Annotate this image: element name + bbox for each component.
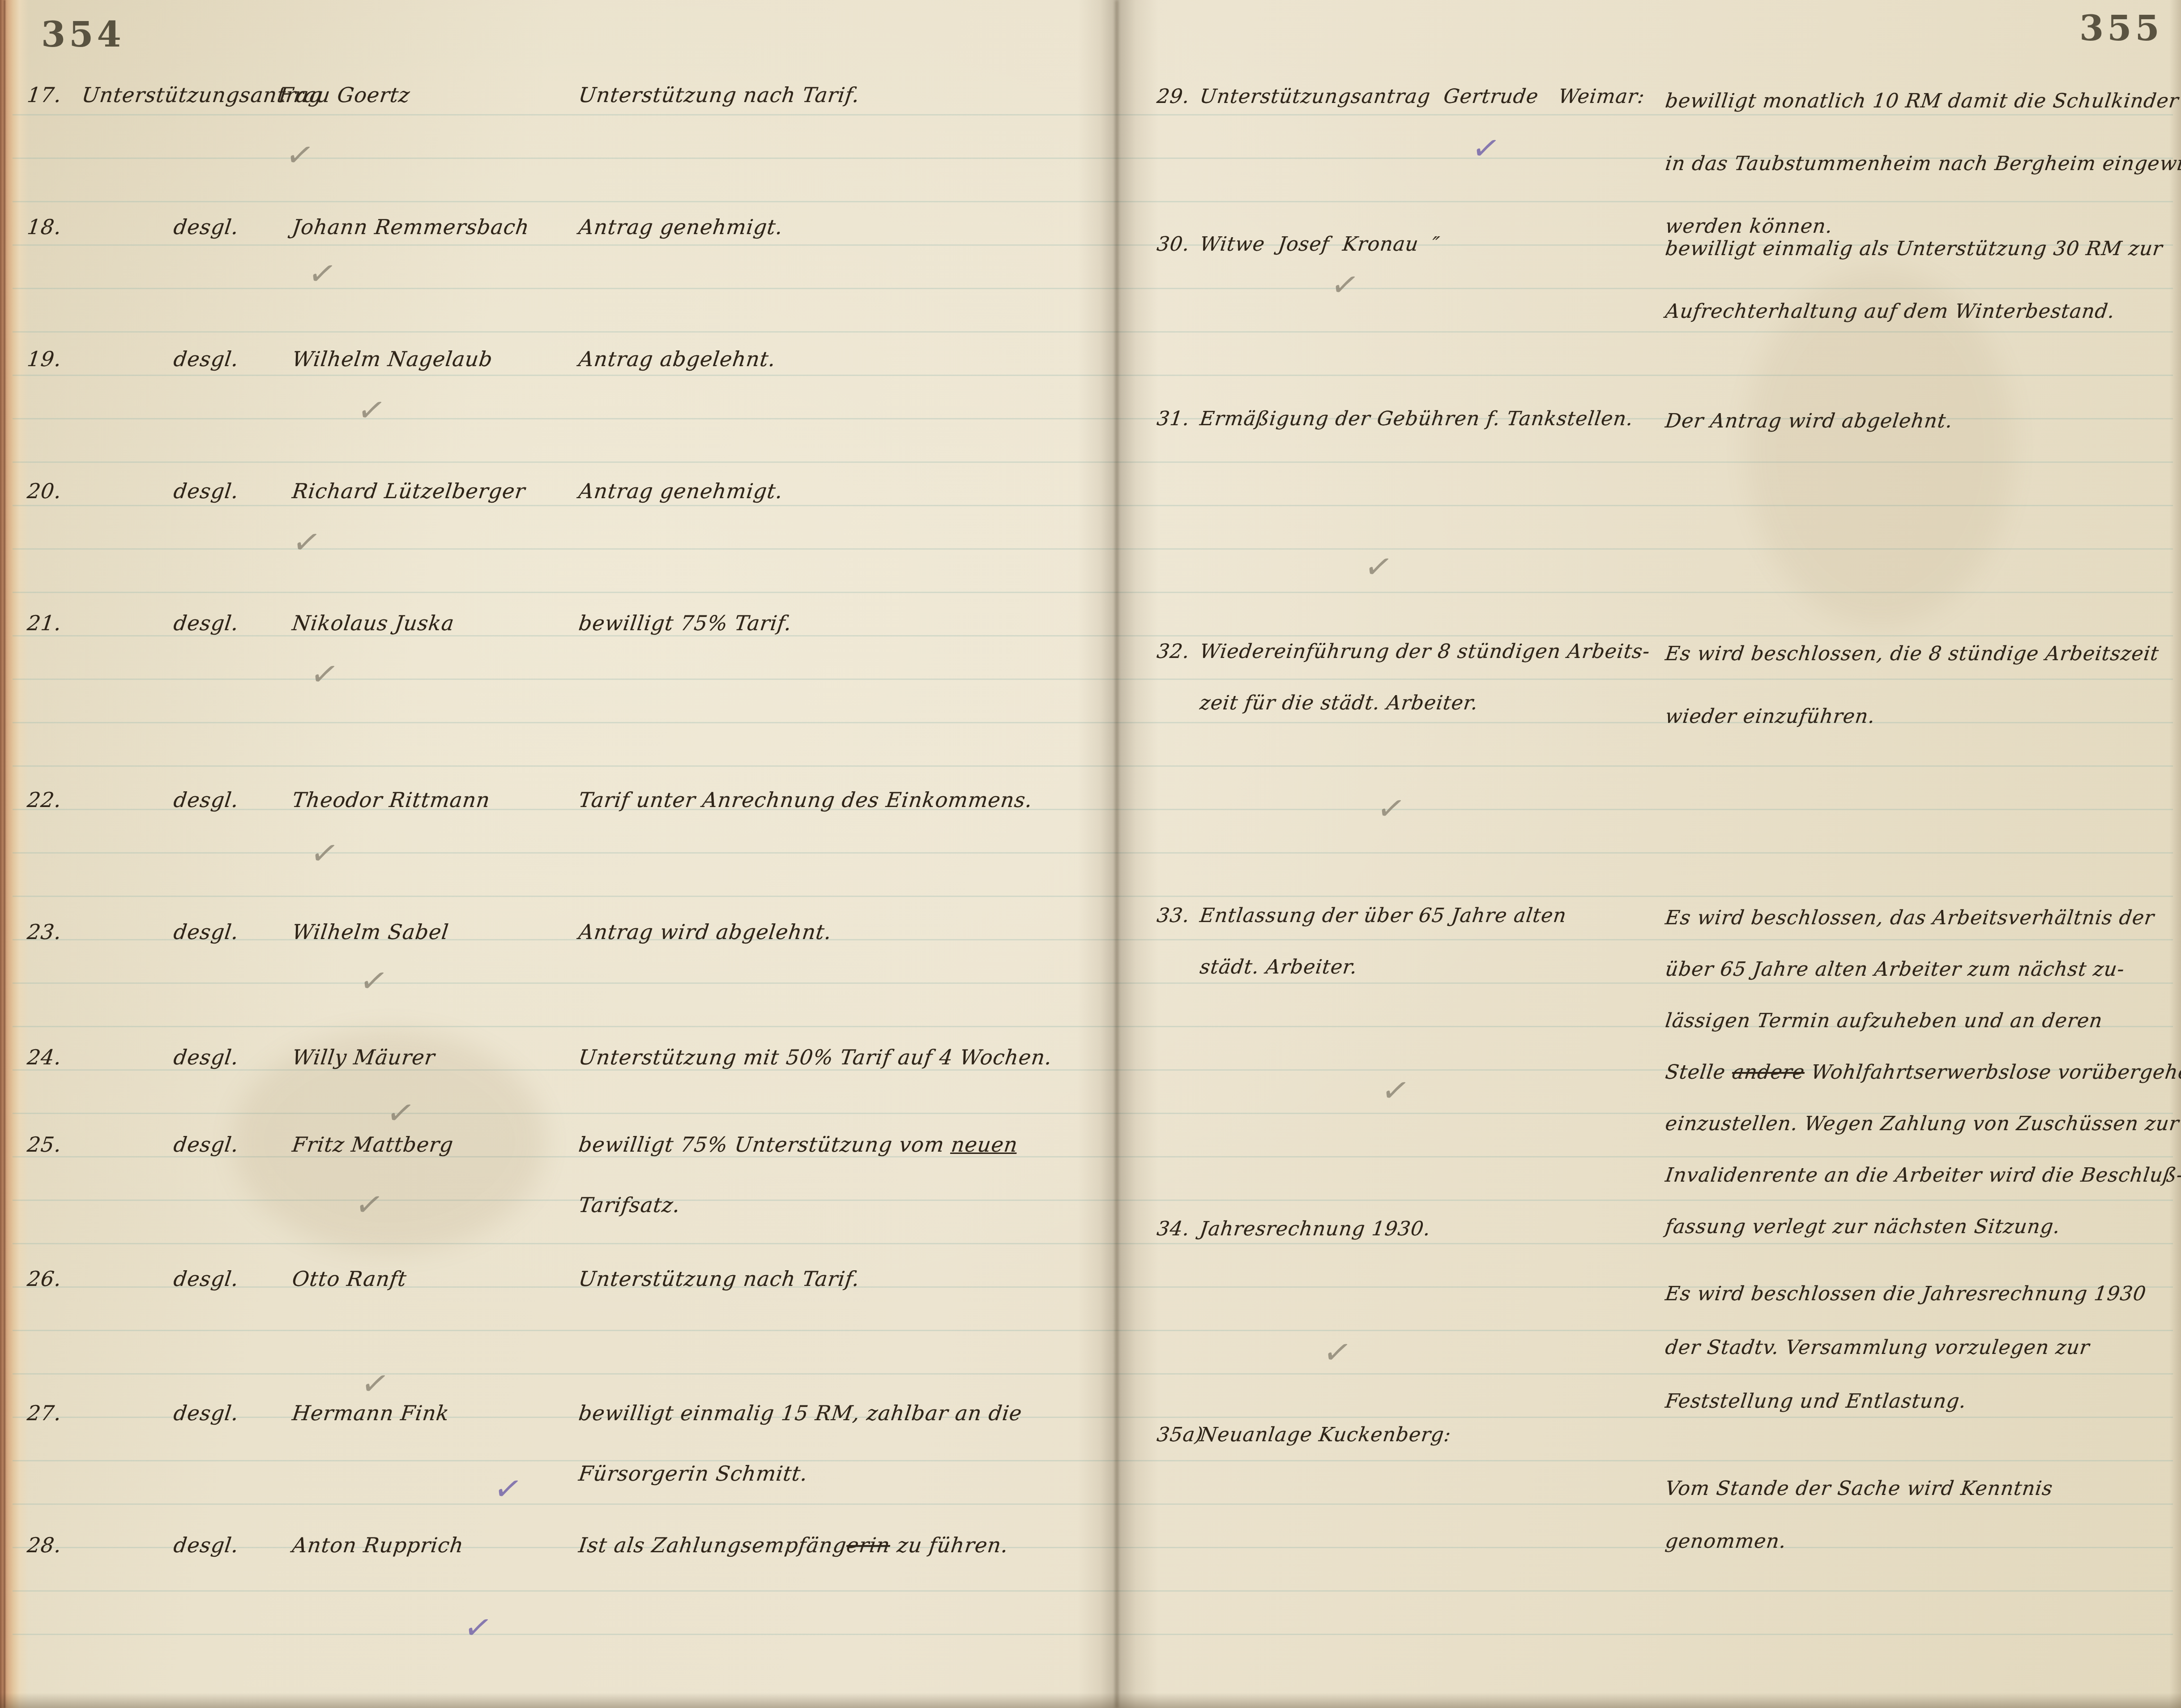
entry-decision-line: werden können. bbox=[1664, 215, 1834, 238]
entry-decision-line: Antrag genehmigt. bbox=[577, 215, 784, 239]
entry-decision-line: bewilligt einmalig 15 RM, zahlbar an die bbox=[577, 1401, 1024, 1425]
entry-kind: desgl. bbox=[172, 479, 240, 503]
entry-number: 18. bbox=[26, 215, 63, 239]
entry-decision-line: bewilligt 75% Tarif. bbox=[577, 611, 793, 635]
entry-decision-line: Unterstützung mit 50% Tarif auf 4 Wochen… bbox=[577, 1045, 1054, 1069]
entry-subject-line: Entlassung der über 65 Jahre alten bbox=[1199, 904, 1568, 927]
entry-kind: desgl. bbox=[172, 1045, 240, 1069]
entry-name: Anton Rupprich bbox=[291, 1533, 465, 1557]
entry-decision-line: Aufrechterhaltung auf dem Winterbestand. bbox=[1664, 300, 2116, 323]
entry-decision-line: bewilligt monatlich 10 RM damit die Schu… bbox=[1664, 90, 2180, 112]
entry-subject-line: Witwe Josef Kronau ″ bbox=[1199, 233, 1441, 256]
entry-subject-line: zeit für die städt. Arbeiter. bbox=[1199, 692, 1479, 714]
entry-decision-line: Es wird beschlossen die Jahresrechnung 1… bbox=[1664, 1282, 2147, 1305]
entry-subject-line: Neuanlage Kuckenberg: bbox=[1199, 1423, 1452, 1446]
entry-number: 23. bbox=[26, 920, 63, 944]
page-number-left: 354 bbox=[41, 14, 125, 55]
entry-number: 22. bbox=[26, 788, 63, 812]
entry-decision-line: Tarifsatz. bbox=[577, 1193, 682, 1217]
entry-kind: desgl. bbox=[172, 920, 240, 944]
entry-decision-line: Invalidenrente an die Arbeiter wird die … bbox=[1664, 1164, 2181, 1187]
entry-decision-line: Es wird beschlossen, die 8 stündige Arbe… bbox=[1664, 642, 2160, 665]
entry-number: 29. bbox=[1156, 85, 1191, 108]
entry-name: Wilhelm Nagelaub bbox=[291, 347, 494, 371]
entry-kind: desgl. bbox=[172, 1267, 240, 1291]
ledger-book-spread: 354 355 17.UnterstützungsantragFrau Goer… bbox=[0, 0, 2181, 1708]
entry-number: 27. bbox=[26, 1401, 63, 1425]
entry-decision-line: einzustellen. Wegen Zahlung von Zuschüss… bbox=[1664, 1112, 2181, 1135]
entry-number: 32. bbox=[1156, 640, 1191, 663]
entry-kind: desgl. bbox=[172, 611, 240, 635]
entry-decision-line: fassung verlegt zur nächsten Sitzung. bbox=[1664, 1215, 2061, 1238]
entry-number: 26. bbox=[26, 1267, 63, 1291]
entry-decision-line: bewilligt einmalig als Unterstützung 30 … bbox=[1664, 237, 2164, 260]
entry-decision-line: Antrag abgelehnt. bbox=[577, 347, 777, 371]
entry-kind: desgl. bbox=[172, 215, 240, 239]
entry-decision-line: Vom Stande der Sache wird Kenntnis bbox=[1664, 1477, 2054, 1500]
entry-decision-line: Ist als Zahlungsempfängerin zu führen. bbox=[577, 1533, 1010, 1557]
entry-decision-line: Antrag genehmigt. bbox=[577, 479, 784, 503]
entry-kind: desgl. bbox=[172, 788, 240, 812]
book-bottom-edge bbox=[0, 1693, 2181, 1708]
entry-kind: desgl. bbox=[172, 1533, 240, 1557]
entry-name: Frau Goertz bbox=[277, 83, 412, 107]
entry-number: 25. bbox=[26, 1132, 63, 1157]
book-right-edge bbox=[2169, 0, 2181, 1708]
entry-number: 21. bbox=[26, 611, 63, 635]
page-gutter-crease bbox=[1115, 0, 1118, 1708]
entry-decision-line: lässigen Termin aufzuheben und an deren bbox=[1664, 1009, 2104, 1032]
entry-name: Johann Remmersbach bbox=[291, 215, 531, 239]
entry-decision-line: der Stadtv. Versammlung vorzulegen zur bbox=[1664, 1336, 2091, 1359]
entry-kind: desgl. bbox=[172, 1132, 240, 1157]
entry-subject-line: Unterstützungsantrag Gertrude Weimar: bbox=[1199, 85, 1646, 108]
entry-decision-line: Es wird beschlossen, das Arbeitsverhältn… bbox=[1664, 906, 2155, 929]
entry-decision-line: Fürsorgerin Schmitt. bbox=[577, 1461, 809, 1486]
entry-number: 35a) bbox=[1156, 1423, 1205, 1446]
entry-decision-line: Antrag wird abgelehnt. bbox=[577, 920, 833, 944]
entry-name: Fritz Mattberg bbox=[291, 1132, 455, 1157]
entry-number: 17. bbox=[26, 83, 63, 107]
entry-decision-line: in das Taubstummenheim nach Bergheim ein… bbox=[1664, 152, 2181, 175]
page-gutter-shadow bbox=[1078, 0, 1158, 1708]
page-number-right: 355 bbox=[2079, 8, 2163, 49]
entry-name: Richard Lützelberger bbox=[291, 479, 527, 503]
entry-decision-line: wieder einzuführen. bbox=[1664, 705, 1877, 728]
entry-number: 33. bbox=[1156, 904, 1191, 927]
entry-number: 24. bbox=[26, 1045, 63, 1069]
entry-decision-line: Unterstützung nach Tarif. bbox=[577, 83, 861, 107]
entry-subject-line: Jahresrechnung 1930. bbox=[1199, 1217, 1432, 1240]
entry-subject-line: städt. Arbeiter. bbox=[1199, 956, 1359, 978]
entry-subject-line: Ermäßigung der Gebühren f. Tankstellen. bbox=[1199, 407, 1635, 430]
entry-name: Wilhelm Sabel bbox=[291, 920, 450, 944]
entry-subject-line: Wiedereinführung der 8 stündigen Arbeits… bbox=[1199, 640, 1651, 663]
entry-number: 20. bbox=[26, 479, 63, 503]
entry-name: Nikolaus Juska bbox=[291, 611, 456, 635]
entry-number: 34. bbox=[1156, 1217, 1191, 1240]
entry-kind: desgl. bbox=[172, 1401, 240, 1425]
entry-decision-line: Stelle andere Wohlfahrtserwerbslose vorü… bbox=[1664, 1061, 2181, 1084]
entry-decision-line: Feststellung und Entlastung. bbox=[1664, 1390, 1968, 1413]
entry-decision-line: Unterstützung nach Tarif. bbox=[577, 1267, 861, 1291]
entry-decision-line: über 65 Jahre alten Arbeiter zum nächst … bbox=[1664, 958, 2126, 981]
entry-number: 31. bbox=[1156, 407, 1191, 430]
book-binding-line bbox=[4, 0, 5, 1708]
entry-decision-line: Der Antrag wird abgelehnt. bbox=[1664, 410, 1954, 432]
entry-number: 30. bbox=[1156, 233, 1191, 256]
entry-name: Otto Ranft bbox=[291, 1267, 408, 1291]
entry-name: Hermann Fink bbox=[291, 1401, 451, 1425]
entry-number: 19. bbox=[26, 347, 63, 371]
entry-decision-line: Tarif unter Anrechnung des Einkommens. bbox=[577, 788, 1034, 812]
entry-number: 28. bbox=[26, 1533, 63, 1557]
entry-name: Theodor Rittmann bbox=[291, 788, 491, 812]
entry-decision-line: bewilligt 75% Unterstützung vom neuen bbox=[577, 1132, 1019, 1157]
entry-decision-line: genommen. bbox=[1664, 1530, 1788, 1553]
entry-kind: desgl. bbox=[172, 347, 240, 371]
entry-name: Willy Mäurer bbox=[291, 1045, 436, 1069]
